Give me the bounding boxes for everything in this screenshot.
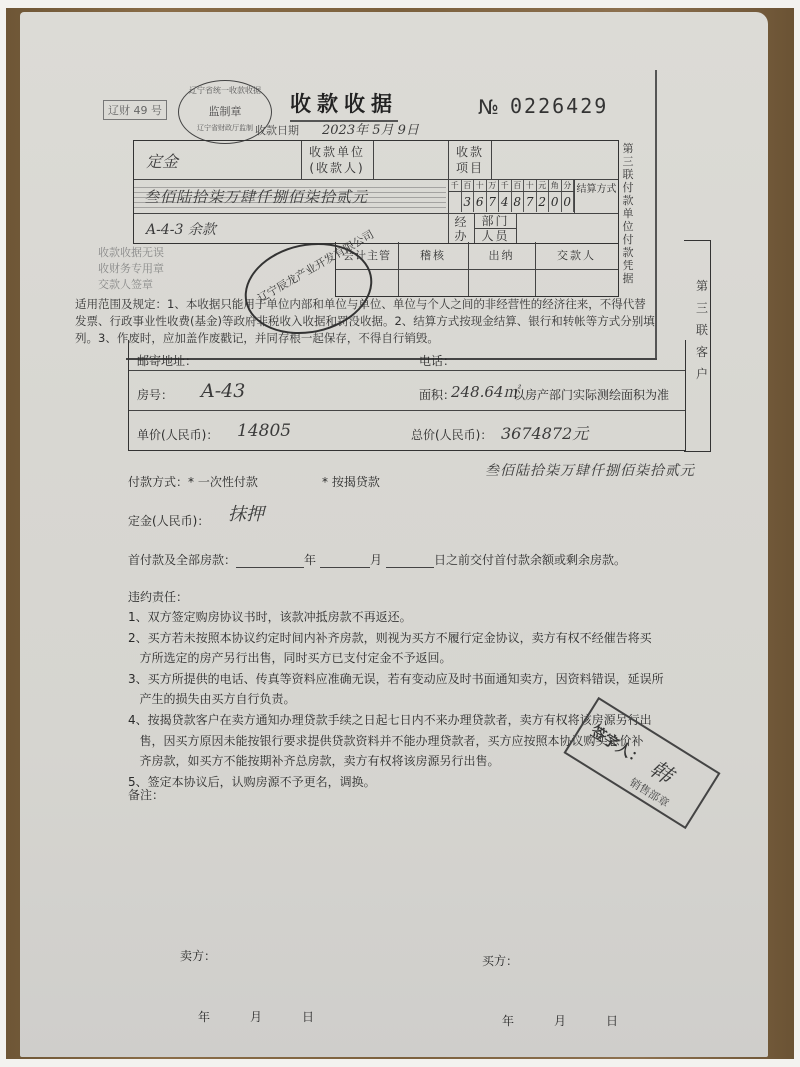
signature-table: 会计主管 稽核 出纳 交款人: [335, 242, 619, 297]
receipt-number: 0226429: [510, 94, 608, 118]
buyer-day: 日: [606, 1014, 618, 1028]
note-3: 交款人签章: [98, 277, 164, 293]
copy-label-char: 付: [620, 181, 636, 194]
digit-value: 7: [524, 192, 537, 212]
digit-header: 十: [474, 180, 487, 191]
breach-title: 违约责任：: [128, 588, 188, 605]
breach-item: 产生的损失由买方自行负责。: [128, 689, 728, 710]
copy-label-char: 凭: [620, 259, 636, 272]
payee-unit-label: 收款单位: [302, 144, 372, 160]
digit-header: 百: [462, 180, 475, 191]
month-char: 月: [370, 553, 382, 567]
copy-label-char: 据: [620, 272, 636, 285]
receipt-title: 收款收据: [290, 88, 398, 122]
breach-item: 1、双方签定购房协议书时，该款冲抵房款不再返还。: [128, 607, 728, 628]
receipt-table: 收款单位 (收款人) 收款 项目 定金 叁佰陆拾柒万肆仟捌佰柒拾贰元 千百十万千…: [133, 140, 619, 244]
digit-value: [449, 192, 462, 212]
copy-label-char: 单: [620, 207, 636, 220]
digit-header: 元: [537, 180, 550, 191]
seller-label: 卖方：: [180, 947, 216, 964]
side-label-char: 客: [694, 341, 710, 363]
dept-label: 部门: [475, 213, 516, 229]
breach-item: 方所选定的房产另行出售，同时买方已支付定金不予返回。: [128, 648, 728, 669]
buyer-month: 月: [554, 1014, 566, 1028]
left-notes: 收款收据无误 收财务专用章 交款人签章: [98, 245, 164, 293]
breach-item: 2、买方若未按照本协议约定时间内补齐房款，则视为买方不履行定金协议，卖方有权不经…: [128, 628, 728, 649]
digit-header: 百: [512, 180, 525, 191]
total-price-value: 3674872元: [501, 421, 588, 444]
digit-header: 十: [524, 180, 537, 191]
digit-header: 千: [449, 180, 462, 191]
digit-header: 万: [487, 180, 500, 191]
receipt-right-edge: [655, 70, 657, 360]
day-blank[interactable]: [386, 555, 434, 568]
first-payment-tail: 日之前交付首付款余额或剩余房款。: [434, 553, 626, 567]
buyer-label: 买方：: [482, 952, 518, 969]
deposit-value: 抹押: [228, 500, 264, 526]
item-label-1: 收款: [449, 144, 491, 160]
digit-header: 分: [562, 180, 575, 191]
sig-audit: 稽核: [398, 248, 468, 264]
side-label-char: 联: [694, 319, 710, 341]
copy-label-char: 三: [620, 155, 636, 168]
unit-price-value: 14805: [237, 421, 291, 441]
sig-payer: 交款人: [535, 248, 618, 264]
digit-value: 0: [562, 192, 575, 212]
first-payment-line: 首付款及全部房款：年月日之前交付首付款余额或剩余房款。: [128, 551, 626, 568]
copy-label-char: 第: [620, 142, 636, 155]
sig-cashier: 出纳: [468, 248, 535, 264]
payer-handwriting: 定金: [146, 149, 178, 172]
copy-label-char: 联: [620, 168, 636, 181]
area-note: 以房产部门实际测绘面积为准: [513, 386, 669, 403]
receipt-copy-label: 第三联付款单位付款凭据: [620, 142, 636, 285]
unit-price-label: 单价(人民币)：: [137, 426, 218, 443]
item-label-2: 项目: [449, 160, 491, 176]
seal-center-text: 监制章: [179, 103, 271, 119]
copy-label-char: 款: [620, 194, 636, 207]
amount-digit-values: 367487200: [449, 192, 574, 212]
digit-value: 8: [512, 192, 525, 212]
seller-day: 日: [302, 1010, 314, 1024]
room-label: 房号：: [137, 386, 173, 403]
digit-value: 0: [549, 192, 562, 212]
digit-value: 2: [537, 192, 550, 212]
agreement-info-table: 邮寄地址： 电话： 房号： A-43 面积： 248.64㎡ 以房产部门实际测绘…: [128, 340, 686, 451]
amount-digit-headers: 千百十万千百十元角分: [449, 180, 574, 191]
payment-option-lump-sum[interactable]: * 一次性付款: [188, 475, 258, 489]
digit-value: 7: [487, 192, 500, 212]
year-char: 年: [304, 553, 316, 567]
copy-label-char: 款: [620, 246, 636, 259]
payment-method-label: 付款方式：: [128, 475, 188, 489]
digit-value: 4: [499, 192, 512, 212]
deposit-label: 定金(人民币)：: [128, 512, 209, 529]
copy-label-char: 位: [620, 220, 636, 233]
side-label-char: 三: [694, 297, 710, 319]
digit-value: 6: [474, 192, 487, 212]
payment-option-mortgage[interactable]: * 按揭贷款: [322, 473, 380, 490]
agreement-copy-label: 第三联客户: [694, 275, 710, 385]
remarks-label: 备注：: [128, 786, 164, 803]
amount-words-handwriting: 叁佰陆拾柒万肆仟捌佰柒拾贰元: [144, 186, 368, 207]
digit-header: 千: [499, 180, 512, 191]
mailing-address-label: 邮寄地址：: [137, 352, 197, 369]
receipt-number-prefix: №: [478, 95, 499, 119]
date-label: 收款日期: [255, 122, 299, 138]
seal-top-text: 辽宁省统一收款收据: [179, 85, 271, 96]
payment-method: 付款方式：* 一次性付款: [128, 473, 258, 490]
side-label-char: 户: [694, 363, 710, 385]
date-value: 2023年 5月 9日: [322, 119, 419, 138]
seller-year: 年: [198, 1010, 210, 1024]
phone-label: 电话：: [419, 352, 455, 369]
buyer-date: 年月日: [502, 1012, 618, 1029]
form-number: 辽财 49 号: [103, 100, 167, 120]
seller-month: 月: [250, 1010, 262, 1024]
year-blank[interactable]: [236, 555, 304, 568]
buyer-year: 年: [502, 1014, 514, 1028]
seller-date: 年月日: [198, 1008, 314, 1025]
copy-label-char: 付: [620, 233, 636, 246]
room-value: A-43: [201, 380, 245, 402]
address-handwriting: A-4-3 余款: [146, 219, 216, 239]
digit-value: 3: [462, 192, 475, 212]
first-payment-label: 首付款及全部房款：: [128, 553, 236, 567]
digit-header: 角: [549, 180, 562, 191]
area-value: 248.64㎡: [451, 381, 519, 402]
month-blank[interactable]: [320, 555, 370, 568]
settlement-label: 结算方式: [575, 180, 618, 195]
note-1: 收款收据无误: [98, 245, 164, 261]
payee-unit-sub: (收款人): [302, 160, 372, 176]
total-price-label: 总价(人民币)：: [411, 426, 492, 443]
signer-stamp-prefix: 签字人：: [587, 720, 649, 770]
area-label: 面积：: [419, 386, 455, 403]
breach-item: 3、买方所提供的电话、传真等资料应准确无误，若有变动应及时书面通知卖方，因资料错…: [128, 669, 728, 690]
note-2: 收财务专用章: [98, 261, 164, 277]
total-price-words: 叁佰陆拾柒万肆仟捌佰柒拾贰元: [485, 460, 695, 480]
side-label-char: 第: [694, 275, 710, 297]
